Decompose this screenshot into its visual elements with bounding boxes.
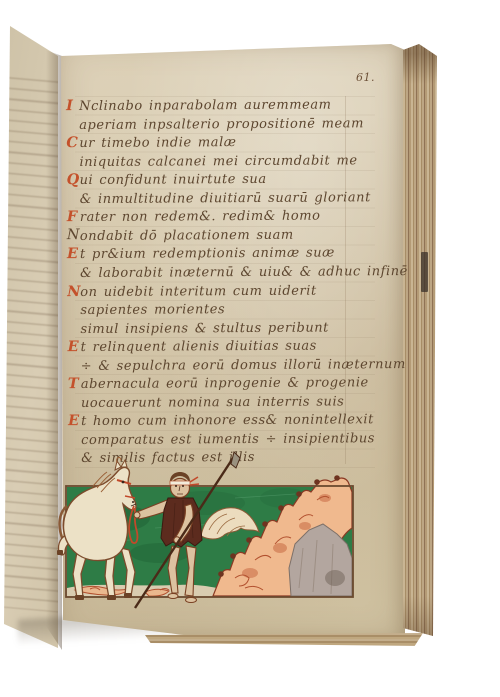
line-body: t relinquent alienis diuitias suas [81, 339, 317, 355]
line-initial: Q [67, 172, 80, 188]
text-block: INclinabo inparabolam auremmeamaperiam i… [0, 0, 500, 502]
line-body: ur timebo indie malæ [79, 135, 236, 151]
line-initial: N [67, 228, 80, 244]
line-body: t homo cum inhonore ess& nonintellexit [81, 413, 374, 430]
line-body: iniquitas calcanei mei circumdabit me [79, 153, 357, 170]
line-initial: N [67, 284, 81, 300]
line-body: uocauerunt nomina sua interris suis [81, 394, 345, 411]
line-body: ÷ & sepulchra eorū domus illorū inæternu… [81, 357, 406, 374]
text-line: Non uidebit interitum cum uiderit [80, 284, 317, 300]
line-body: & laborabit inæternū & uiu& & adhuc infi… [80, 264, 408, 281]
text-line: ÷ & sepulchra eorū domus illorū inæternu… [81, 358, 406, 374]
line-body: & inmultitudine diuitiarū suarū gloriant [80, 190, 371, 207]
text-line: Nondabit dō placationem suam [80, 229, 294, 245]
line-initial: E [68, 413, 80, 429]
text-line: comparatus est iumentis ÷ insipientibus [81, 432, 375, 448]
line-body: Nclinabo inparabolam auremmeam [79, 97, 332, 114]
line-body: sapientes morientes [80, 302, 225, 318]
text-line: & inmultitudine diuitiarū suarū gloriant [80, 191, 371, 207]
text-line: Frater non redem&. redim& homo [80, 210, 321, 226]
line-body: ui confidunt inuirtute sua [80, 172, 267, 188]
line-body: comparatus est iumentis ÷ insipientibus [81, 431, 375, 448]
line-body: t pr&ium redemptionis animæ suæ [80, 246, 335, 263]
line-body: rater non redem&. redim& homo [80, 209, 321, 225]
line-initial: T [68, 376, 79, 392]
manuscript-photo: 61. INclinabo inparabolam auremmeamaperi… [0, 0, 500, 697]
text-line: Qui confidunt inuirtute sua [80, 173, 267, 188]
line-body: on uidebit interitum cum uiderit [80, 283, 317, 299]
line-body: abernacula eorū inprogenie & progenie [81, 376, 369, 393]
text-line: aperiam inpsalterio propositionē meam [79, 117, 364, 133]
text-line: sapientes morientes [80, 303, 225, 318]
line-body: ondabit dō placationem suam [80, 228, 294, 244]
text-line: iniquitas calcanei mei circumdabit me [79, 154, 357, 170]
text-line: uocauerunt nomina sua interris suis [81, 395, 345, 411]
text-line: Et pr&ium redemptionis animæ suæ [80, 247, 335, 263]
line-body: aperiam inpsalterio propositionē meam [79, 116, 364, 133]
line-initial: C [66, 135, 78, 151]
miniature-svg [55, 448, 365, 648]
miniature-illustration [55, 448, 365, 648]
text-line: Cur timebo indie malæ [79, 136, 236, 151]
line-initial: F [67, 209, 78, 225]
line-body: simul insipiens & stultus peribunt [80, 320, 329, 337]
text-line: Et homo cum inhonore ess& nonintellexit [81, 414, 374, 430]
text-line: & laborabit inæternū & uiu& & adhuc infi… [80, 265, 408, 281]
line-initial: E [67, 246, 79, 262]
line-initial: E [68, 339, 80, 355]
text-line: Tabernacula eorū inprogenie & progenie [81, 377, 369, 393]
text-line: simul insipiens & stultus peribunt [80, 321, 329, 337]
line-initial: I [66, 98, 73, 114]
text-line: INclinabo inparabolam auremmeam [79, 98, 332, 114]
text-line: Et relinquent alienis diuitias suas [81, 340, 317, 356]
